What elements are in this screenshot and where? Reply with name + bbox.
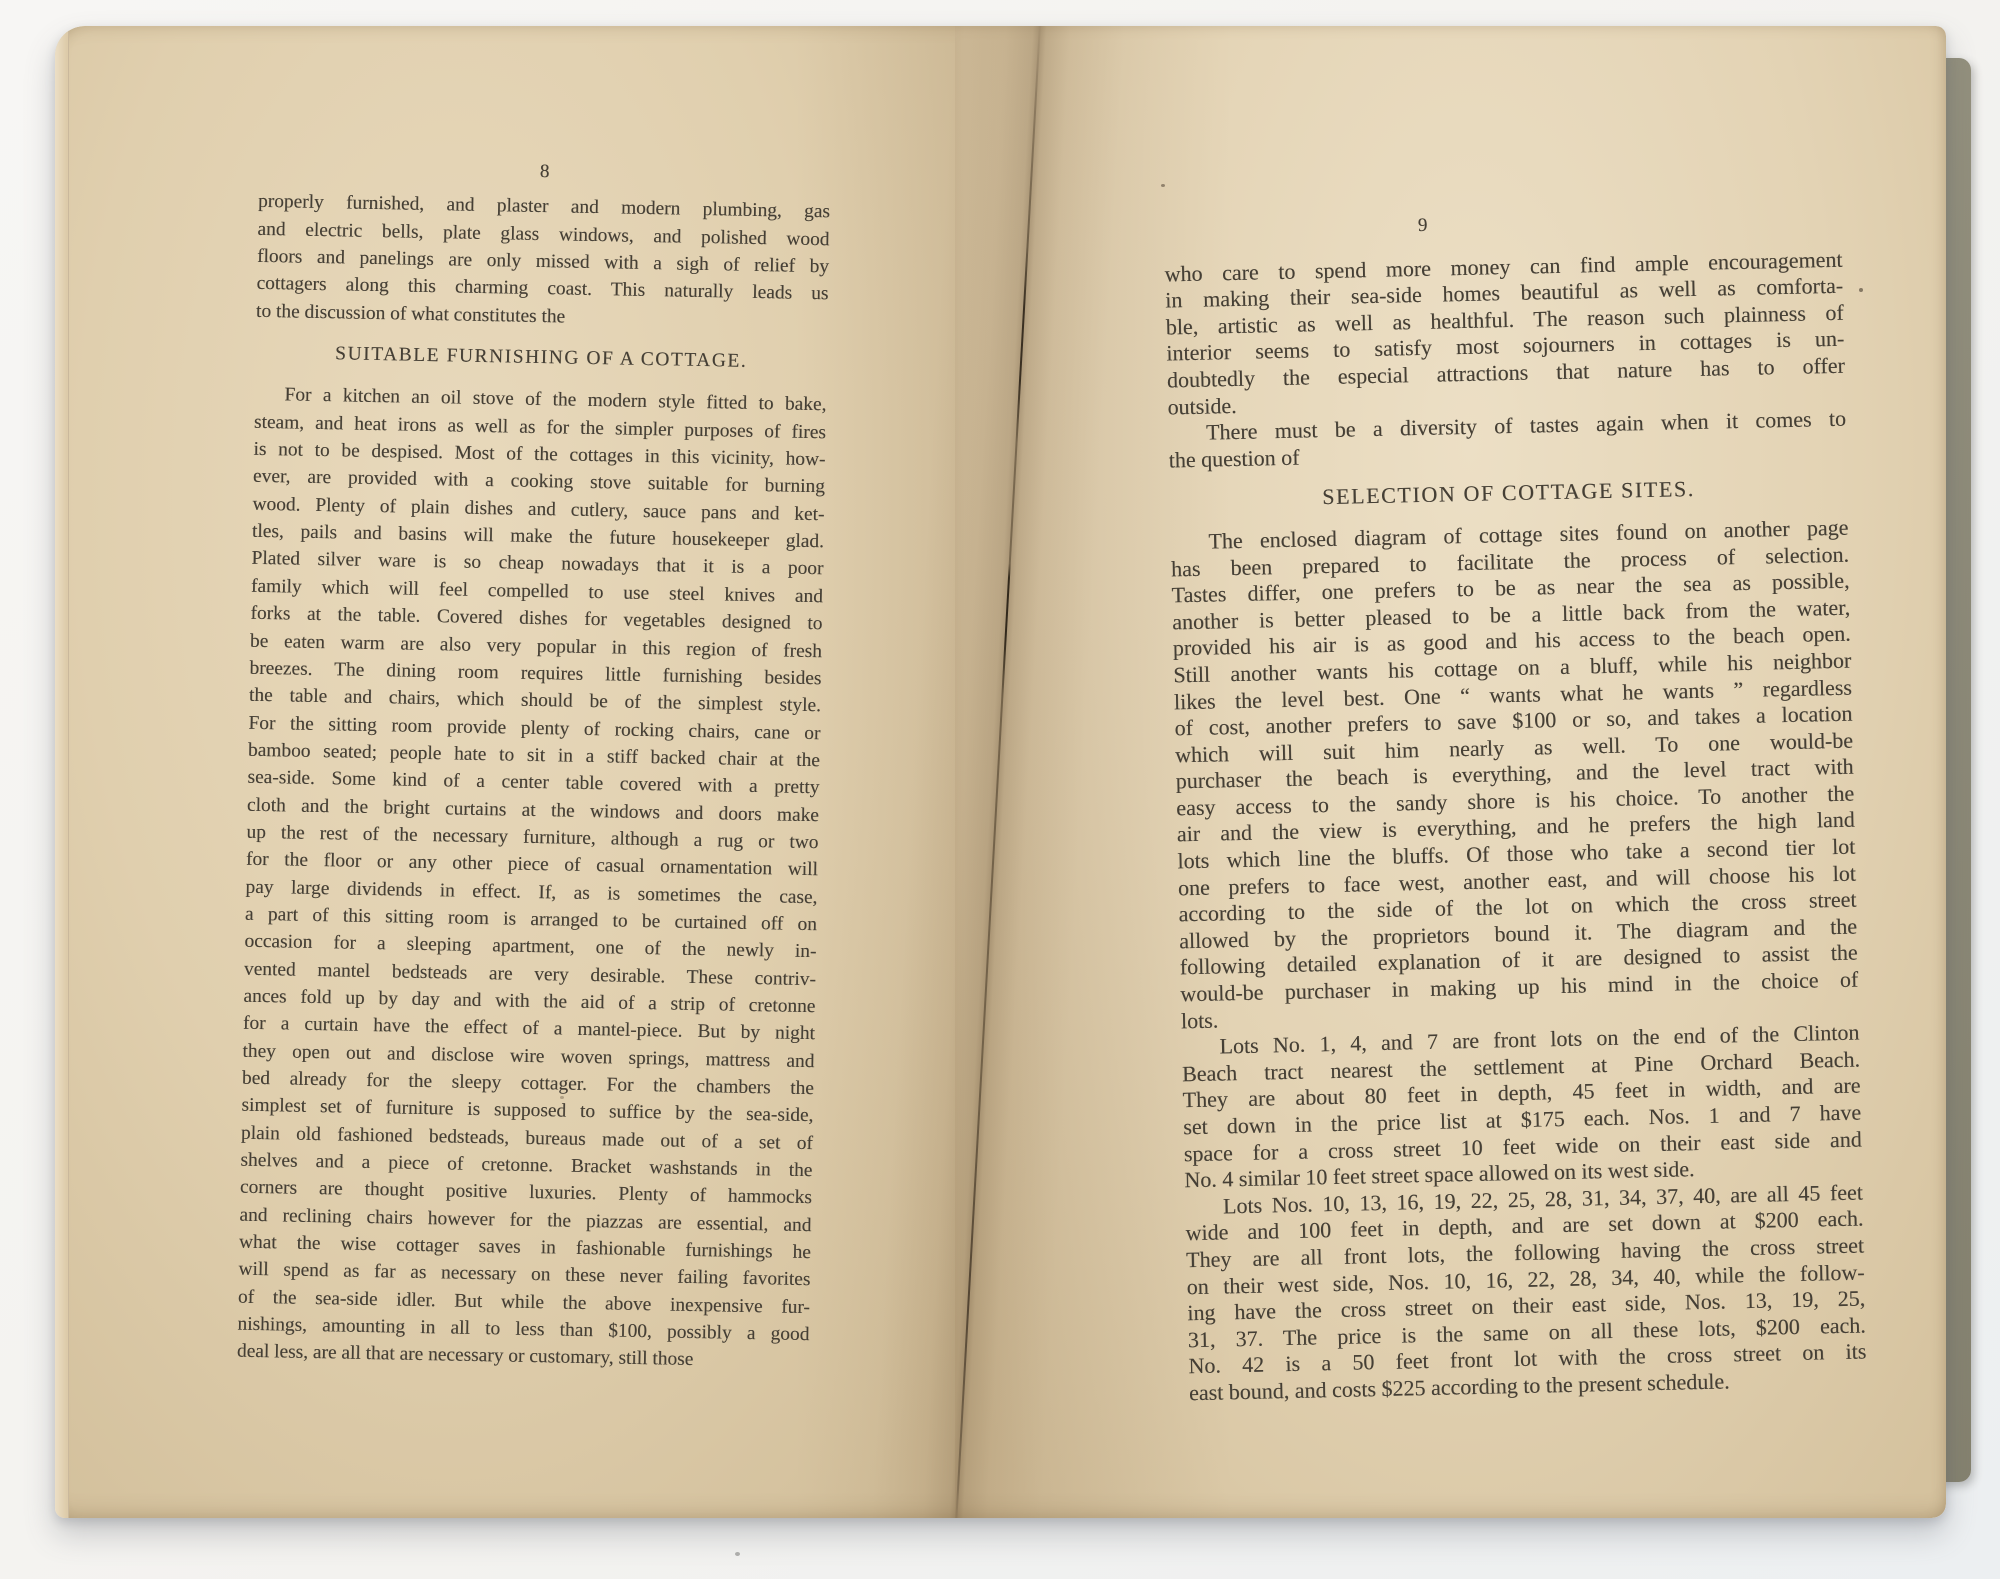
dust-speck [1859,288,1863,292]
page-8-text: 8properly furnished, and plaster and mod… [237,153,831,1376]
paragraph: The enclosed diagram of cottage sites fo… [1170,515,1859,1035]
paragraph: who care to spend more money can find am… [1164,246,1845,420]
paragraph: Lots No. 1, 4, and 7 are front lots on t… [1181,1020,1862,1194]
dust-speck [560,1096,564,1099]
section-heading: SUITABLE FURNISHING OF A COTTAGE. [255,339,827,377]
photo-background: 8properly furnished, and plaster and mod… [0,0,2000,1579]
open-book: 8properly furnished, and plaster and mod… [55,26,1946,1518]
paragraph: Lots Nos. 10, 13, 16, 19, 22, 25, 28, 31… [1185,1179,1867,1406]
paragraph: For a kitchen an oil stove of the modern… [237,381,827,1376]
dust-speck [1161,184,1165,187]
dust-speck [735,1552,740,1556]
page-9-text: 9who care to spend more money can find a… [1163,204,1867,1407]
section-heading: SELECTION OF COTTAGE SITES. [1169,473,1847,514]
paragraph: properly furnished, and plaster and mode… [256,188,830,335]
